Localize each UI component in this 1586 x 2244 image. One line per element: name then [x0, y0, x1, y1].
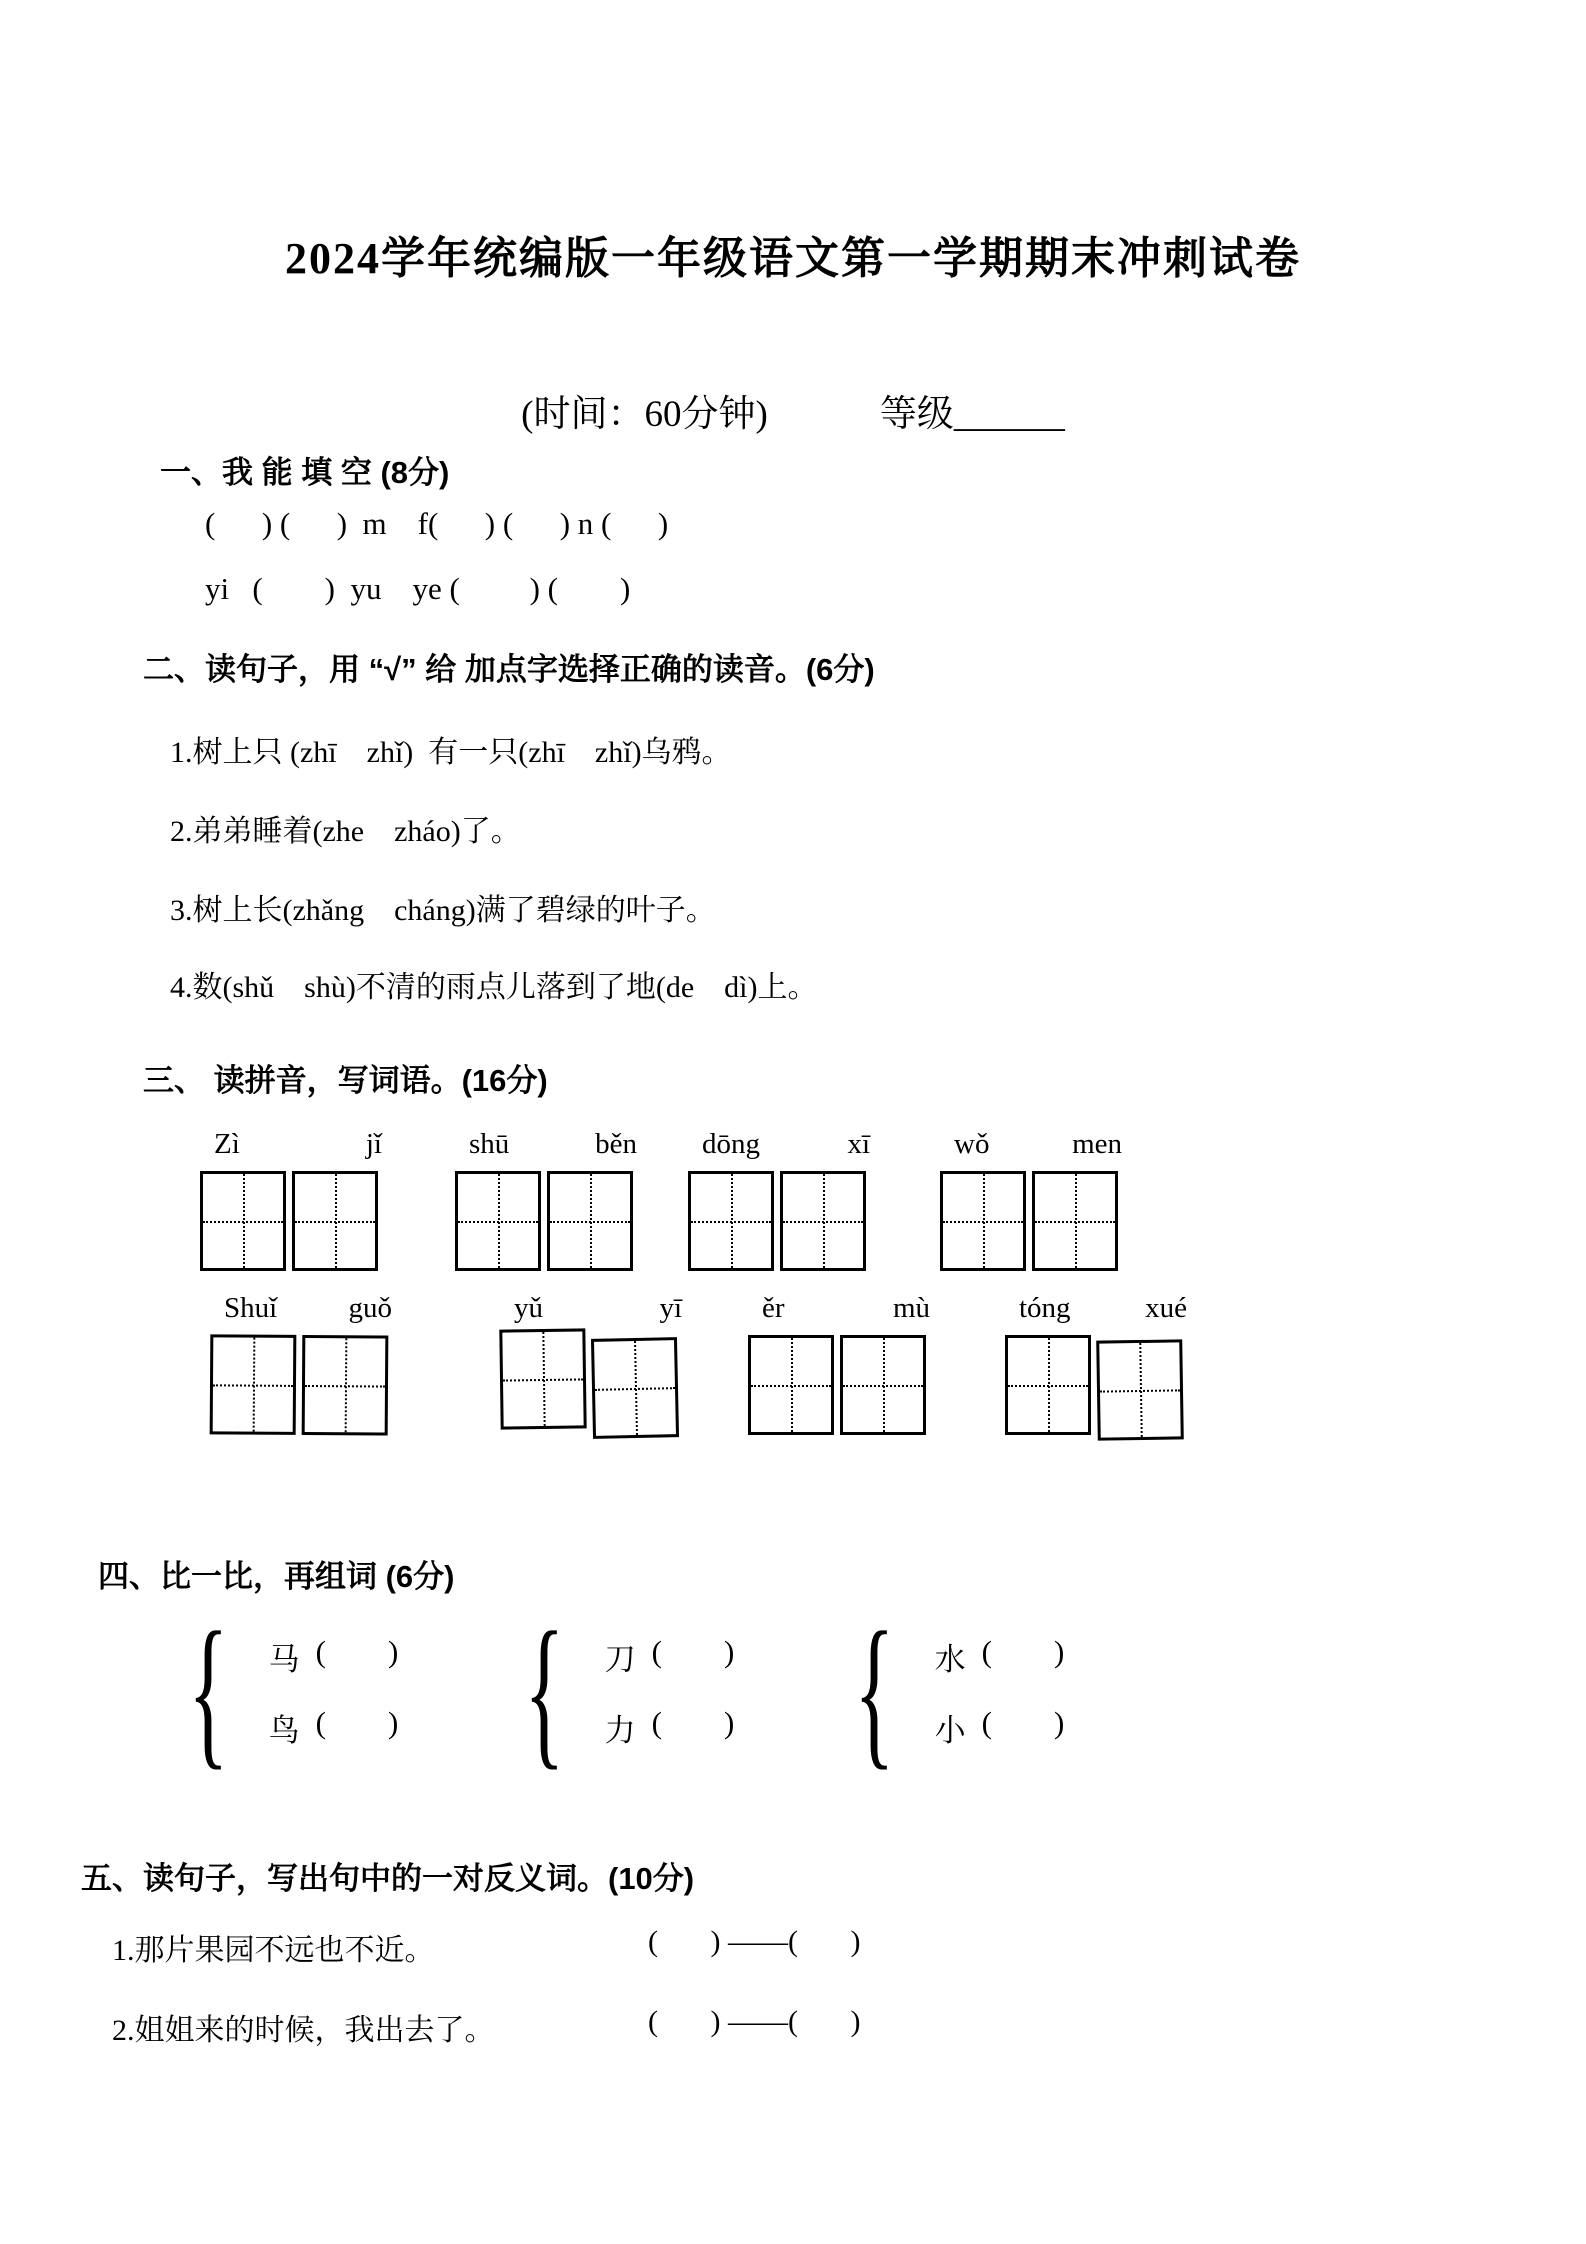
pinyin-word-group: wǒmen — [940, 1128, 1136, 1271]
compare-row: 刀 ( ) — [605, 1634, 735, 1679]
pinyin-label: tóngxué — [1005, 1292, 1201, 1325]
compare-char: 鸟 — [269, 1705, 300, 1750]
compare-row: 马 ( ) — [269, 1634, 399, 1679]
pinyin-label: Zìjǐ — [200, 1128, 396, 1161]
tianzige-box — [748, 1335, 834, 1435]
compare-char: 力 — [605, 1705, 636, 1750]
section5-heading: 五、读句子，写出句中的一对反义词。(10分) — [81, 1853, 694, 1898]
brace-icon: { — [524, 1604, 564, 1779]
writing-box-pair — [200, 1171, 396, 1271]
pinyin-word-group: dōngxī — [688, 1128, 884, 1271]
pinyin-word-group: Zìjǐ — [200, 1128, 396, 1271]
section5-sentence-1: 1.那片果园不远也不近。 — [112, 1925, 435, 1969]
tianzige-box — [1096, 1339, 1184, 1440]
section1-heading: 一、我 能 填 空 (8分) — [160, 447, 449, 492]
compare-char: 刀 — [605, 1634, 636, 1679]
compare-row: 鸟 ( ) — [269, 1705, 399, 1750]
writing-box-pair — [455, 1171, 651, 1271]
section5-sentence-2: 2.姐姐来的时候，我出去了。 — [112, 2005, 495, 2049]
pinyin-label: shūběn — [455, 1128, 651, 1161]
section4-heading: 四、比一比，再组词 (6分) — [98, 1551, 455, 1596]
section2-item-4: 4.数(shǔ shù)不清的雨点儿落到了地(de dì)上。 — [170, 962, 817, 1006]
tianzige-box — [591, 1337, 679, 1439]
exam-paper: 2024学年统编版一年级语文第一学期期末冲刺试卷 (时间：60分钟) 等级___… — [0, 0, 1586, 2244]
writing-box-pair — [688, 1171, 884, 1271]
brace-icon: { — [854, 1604, 894, 1779]
pinyin-label: ěrmù — [748, 1292, 944, 1325]
tianzige-box — [455, 1171, 541, 1271]
tianzige-box — [200, 1171, 286, 1271]
pinyin-label: yǔyī — [500, 1292, 696, 1325]
section2-heading: 二、读句子，用 “√” 给 加点字选择正确的读音。(6分) — [143, 644, 875, 689]
section2-item-1: 1.树上只 (zhī zhǐ) 有一只(zhī zhǐ)乌鸦。 — [170, 727, 732, 771]
section1-fill-line-1: ( ) ( ) m f( ) ( ) n ( ) — [205, 506, 668, 542]
grade-blank-label: 等级______ — [880, 383, 1065, 437]
tianzige-box — [499, 1328, 586, 1429]
writing-box-pair — [940, 1171, 1136, 1271]
pinyin-word-group: yǔyī — [500, 1292, 696, 1435]
section5-answer-blanks-2: ( ) ——( ) — [648, 2005, 860, 2039]
writing-box-pair — [1005, 1335, 1201, 1435]
tianzige-box — [1032, 1171, 1118, 1271]
answer-blank: ( ) — [316, 1705, 399, 1750]
time-limit-label: (时间：60分钟) — [521, 383, 768, 437]
brace-icon: { — [188, 1604, 228, 1779]
exam-title: 2024学年统编版一年级语文第一学期期末冲刺试卷 — [0, 222, 1586, 286]
writing-box-pair — [210, 1334, 407, 1435]
writing-box-pair — [748, 1335, 944, 1435]
tianzige-box — [940, 1171, 1026, 1271]
tianzige-box — [780, 1171, 866, 1271]
compare-group: { 马 ( ) 鸟 ( ) — [168, 1604, 398, 1779]
answer-blank: ( ) — [652, 1705, 735, 1750]
exam-subtitle: (时间：60分钟) 等级______ — [0, 383, 1586, 437]
section1-fill-line-2: yi ( ) yu ye ( ) ( ) — [205, 571, 630, 607]
pinyin-label: Shuǐguǒ — [210, 1292, 406, 1325]
tianzige-box — [292, 1171, 378, 1271]
compare-row: 小 ( ) — [935, 1705, 1065, 1750]
pinyin-word-group: tóngxué — [1005, 1292, 1201, 1435]
tianzige-box — [302, 1335, 389, 1436]
compare-char: 马 — [269, 1634, 300, 1679]
answer-blank: ( ) — [982, 1634, 1065, 1679]
compare-group: { 刀 ( ) 力 ( ) — [504, 1604, 734, 1779]
pinyin-word-group: ěrmù — [748, 1292, 944, 1435]
answer-blank: ( ) — [316, 1634, 399, 1679]
answer-blank: ( ) — [982, 1705, 1065, 1750]
tianzige-box — [688, 1171, 774, 1271]
tianzige-box — [840, 1335, 926, 1435]
section5-answer-blanks-1: ( ) ——( ) — [648, 1925, 860, 1959]
pinyin-word-group: shūběn — [455, 1128, 651, 1271]
section3-heading: 三、 读拼音，写词语。(16分) — [143, 1055, 548, 1100]
compare-char: 水 — [935, 1634, 966, 1679]
compare-row: 力 ( ) — [605, 1705, 735, 1750]
tianzige-box — [210, 1334, 297, 1435]
compare-char: 小 — [935, 1705, 966, 1750]
answer-blank: ( ) — [652, 1634, 735, 1679]
compare-group: { 水 ( ) 小 ( ) — [834, 1604, 1064, 1779]
compare-row: 水 ( ) — [935, 1634, 1065, 1679]
tianzige-box — [547, 1171, 633, 1271]
section2-item-2: 2.弟弟睡着(zhe zháo)了。 — [170, 806, 521, 850]
writing-box-pair — [500, 1335, 696, 1435]
pinyin-label: wǒmen — [940, 1128, 1136, 1161]
section2-item-3: 3.树上长(zhǎng cháng)满了碧绿的叶子。 — [170, 885, 716, 929]
pinyin-word-group: Shuǐguǒ — [210, 1292, 406, 1435]
pinyin-label: dōngxī — [688, 1128, 884, 1161]
tianzige-box — [1005, 1335, 1091, 1435]
